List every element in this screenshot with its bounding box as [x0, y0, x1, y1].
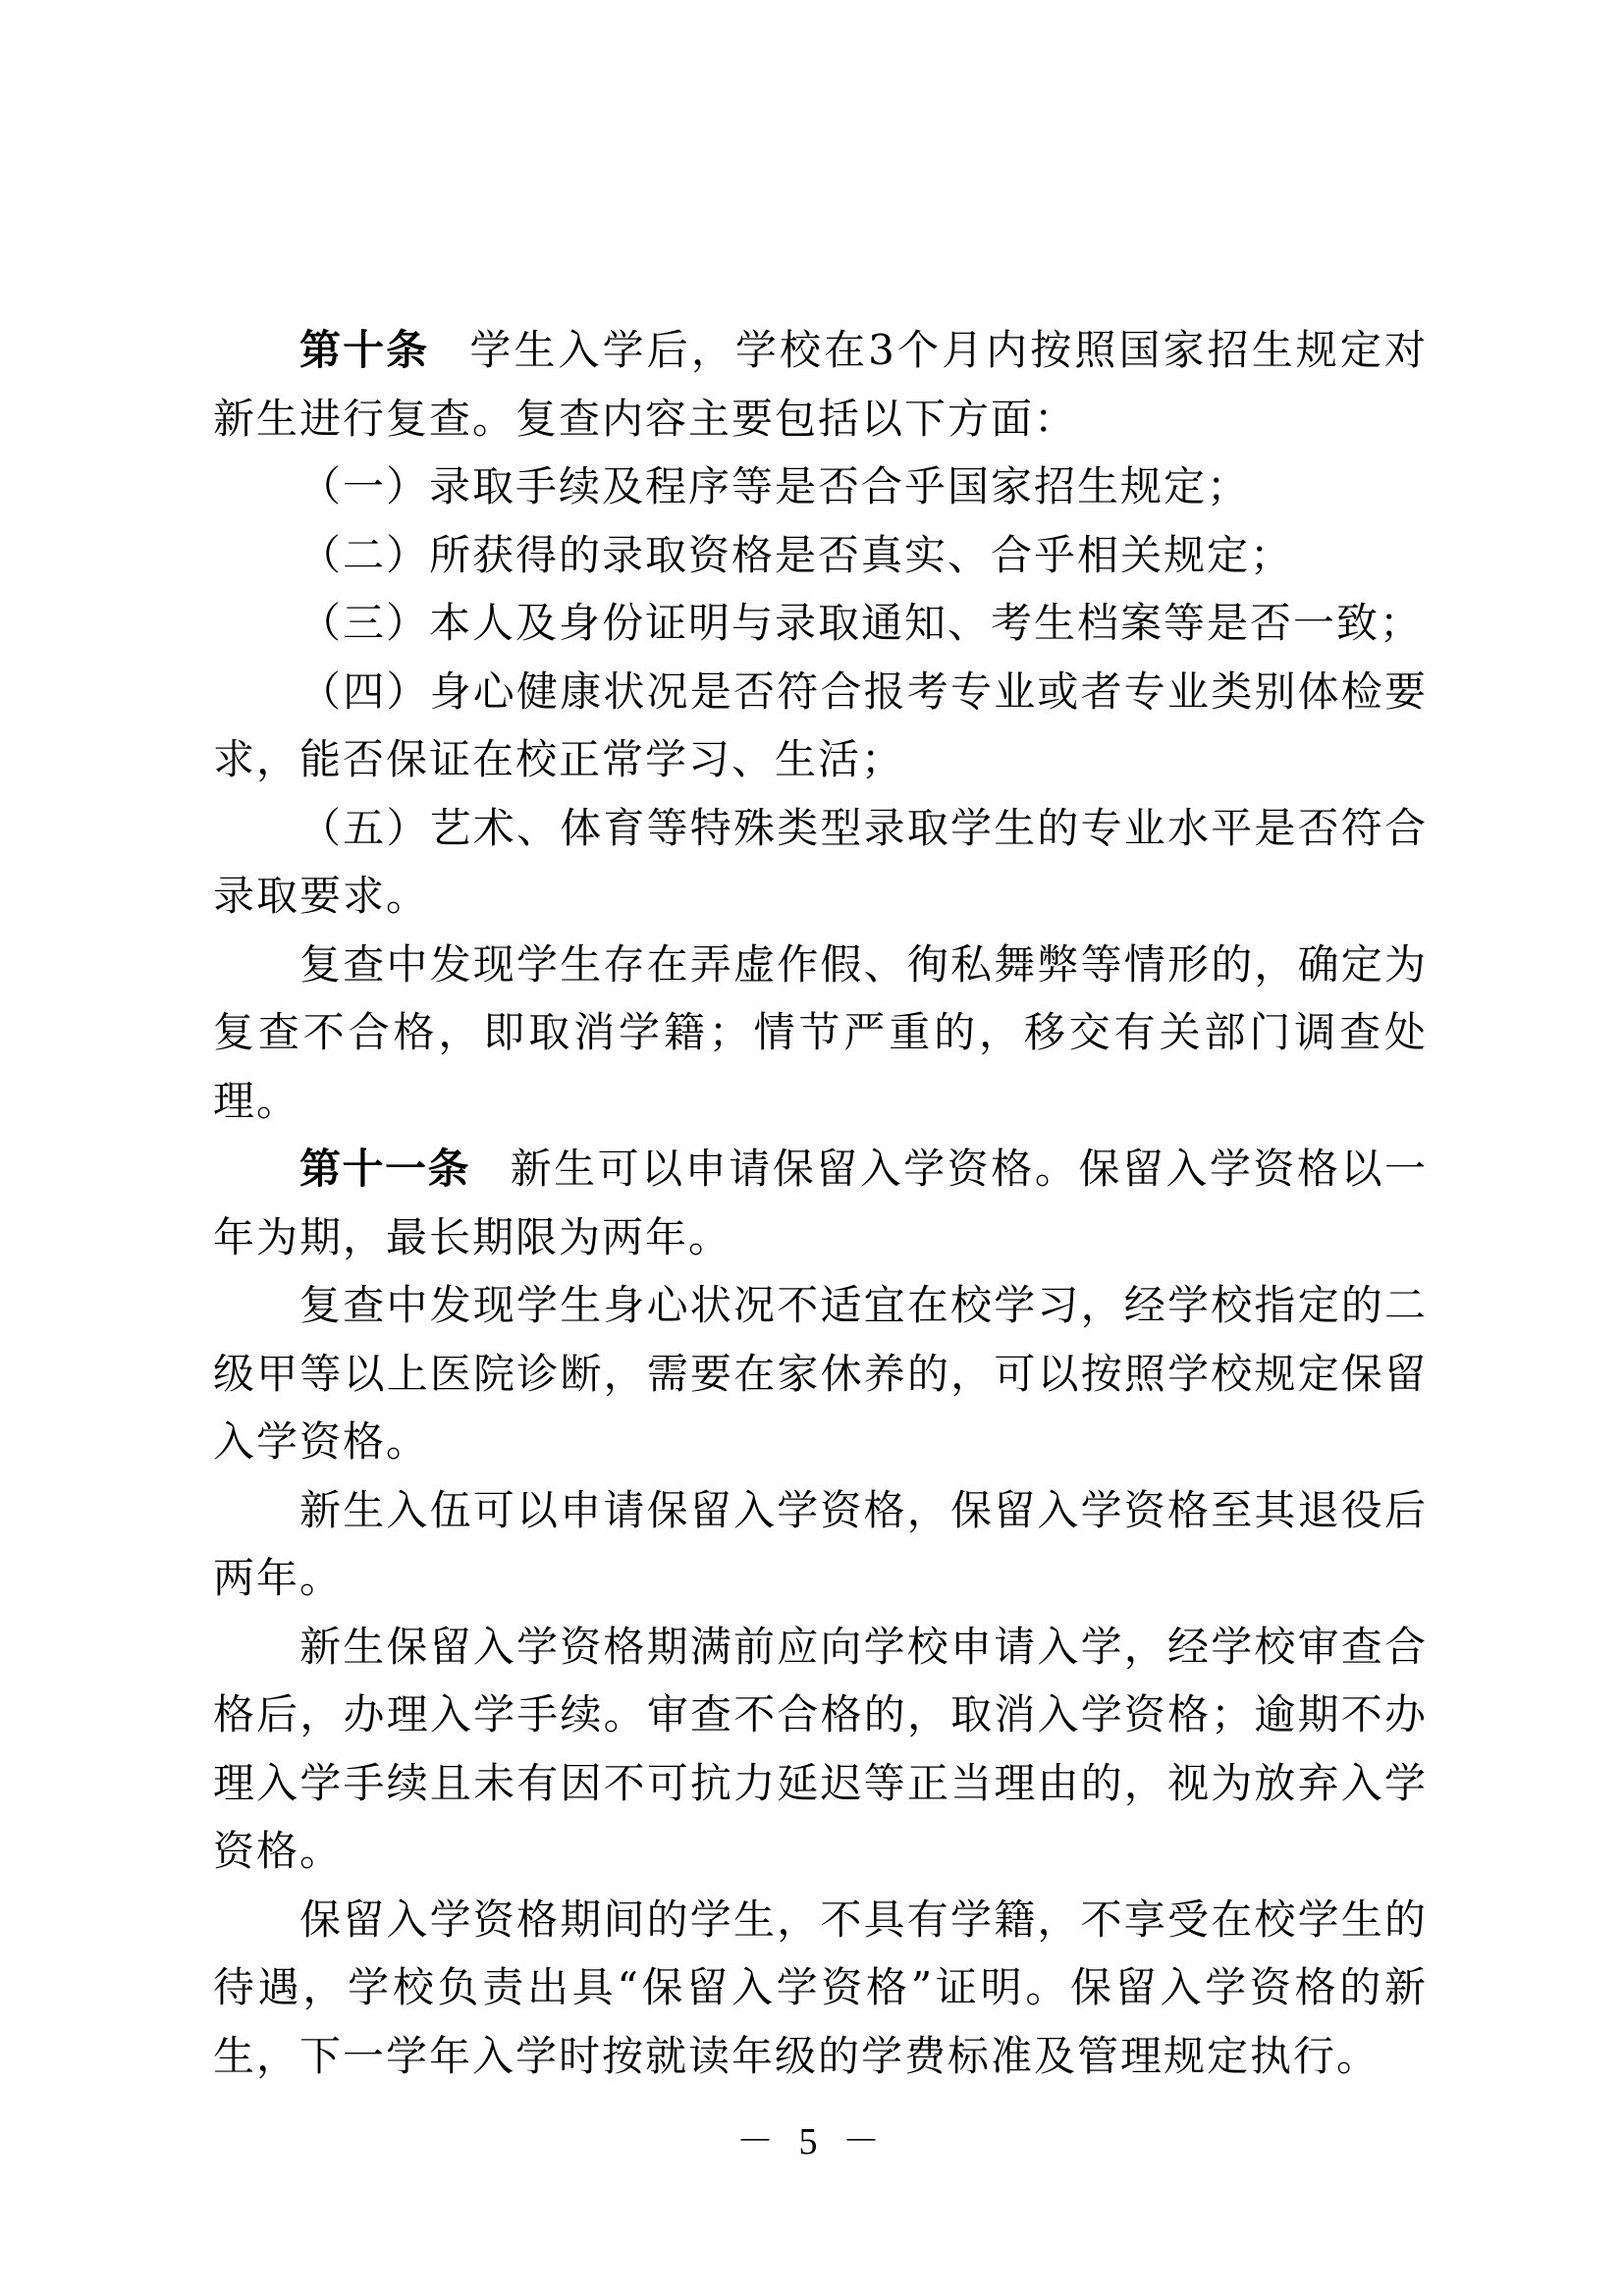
article-10-paragraph: 第十条学生入学后，学校在3个月内按照国家招生规定对新生进行复查。复查内容主要包括…: [213, 316, 1428, 453]
document-page: 第十条学生入学后，学校在3个月内按照国家招生规定对新生进行复查。复查内容主要包括…: [0, 0, 1624, 2296]
military-deferral-paragraph: 新生入伍可以申请保留入学资格，保留入学资格至其退役后两年。: [213, 1476, 1428, 1613]
review-item-5: （五）艺术、体育等特殊类型录取学生的专业水平是否符合录取要求。: [213, 794, 1428, 931]
paragraph-text: 复查中发现学生存在弄虚作假、徇私舞弊等情形的，确定为复查不合格，即取消学籍；情节…: [213, 940, 1428, 1125]
paragraph-text: （三）本人及身份证明与录取通知、考生档案等是否一致；: [299, 599, 1423, 647]
review-item-3: （三）本人及身份证明与录取通知、考生档案等是否一致；: [213, 589, 1428, 658]
reenrollment-paragraph: 新生保留入学资格期满前应向学校申请入学，经学校审查合格后，办理入学手续。审查不合…: [213, 1613, 1428, 1886]
deferral-status-paragraph: 保留入学资格期间的学生，不具有学籍，不享受在校学生的待遇，学校负责出具“保留入学…: [213, 1886, 1428, 2091]
paragraph-text: （二）所获得的录取资格是否真实、合乎相关规定；: [299, 531, 1293, 579]
article-heading: 第十条: [299, 326, 429, 374]
health-deferral-paragraph: 复查中发现学生身心状况不适宜在校学习，经学校指定的二级甲等以上医院诊断，需要在家…: [213, 1271, 1428, 1476]
paragraph-text: 保留入学资格期间的学生，不具有学籍，不享受在校学生的待遇，学校负责出具“保留入学…: [213, 1896, 1428, 2080]
paragraph-text: 新生保留入学资格期满前应向学校申请入学，经学校审查合格后，办理入学手续。审查不合…: [213, 1623, 1428, 1876]
paragraph-text: （五）艺术、体育等特殊类型录取学生的专业水平是否符合录取要求。: [213, 804, 1428, 921]
review-item-2: （二）所获得的录取资格是否真实、合乎相关规定；: [213, 521, 1428, 590]
document-body: 第十条学生入学后，学校在3个月内按照国家招生规定对新生进行复查。复查内容主要包括…: [213, 316, 1428, 2090]
fraud-paragraph: 复查中发现学生存在弄虚作假、徇私舞弊等情形的，确定为复查不合格，即取消学籍；情节…: [213, 931, 1428, 1136]
review-item-1: （一）录取手续及程序等是否合乎国家招生规定；: [213, 453, 1428, 521]
article-11-paragraph: 第十一条新生可以申请保留入学资格。保留入学资格以一年为期，最长期限为两年。: [213, 1135, 1428, 1271]
paragraph-text: 复查中发现学生身心状况不适宜在校学习，经学校指定的二级甲等以上医院诊断，需要在家…: [213, 1281, 1428, 1466]
paragraph-text: 新生入伍可以申请保留入学资格，保留入学资格至其退役后两年。: [213, 1486, 1428, 1603]
review-item-4: （四）身心健康状况是否符合报考专业或者专业类别体检要求，能否保证在校正常学习、生…: [213, 658, 1428, 794]
paragraph-text: （四）身心健康状况是否符合报考专业或者专业类别体检要求，能否保证在校正常学习、生…: [213, 667, 1428, 784]
page-number: － 5 －: [0, 2110, 1624, 2164]
paragraph-text: （一）录取手续及程序等是否合乎国家招生规定；: [299, 462, 1250, 510]
article-heading: 第十一条: [299, 1145, 470, 1193]
